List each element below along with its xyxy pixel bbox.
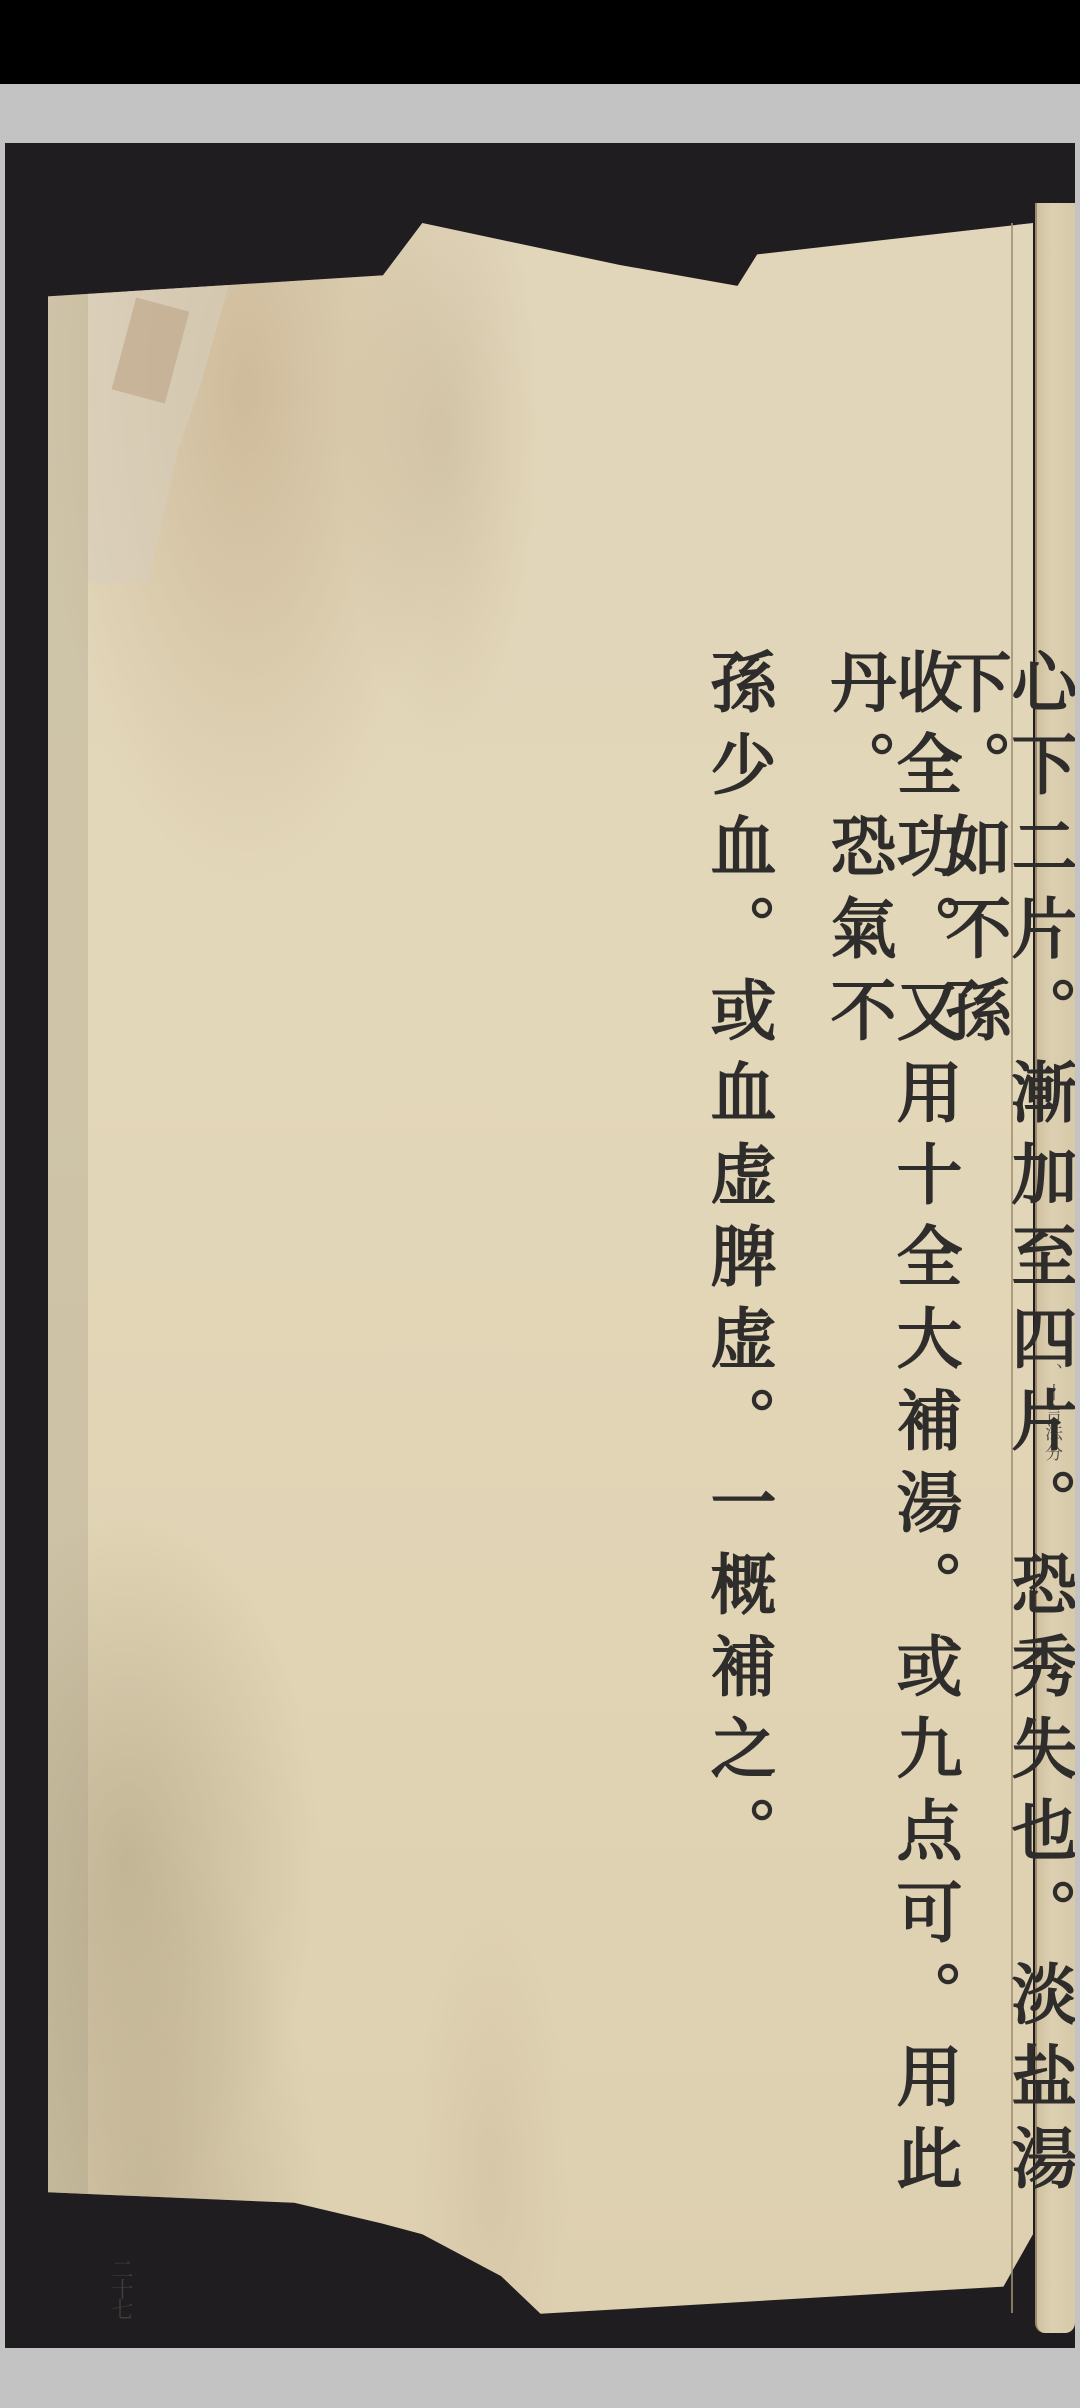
paper-repair-patch	[88, 253, 238, 583]
text-column-3: 孫少血。或血虚脾虚。一概補之。	[705, 648, 771, 1878]
binding-strip	[48, 223, 88, 2318]
manuscript-scan[interactable]: 、丨言法分 心下二片。漸加至四片。恐秀失也。淡盐湯下。如不孫 收全功。又用十全大…	[5, 143, 1075, 2348]
page-number: 二十七	[105, 2258, 136, 2318]
text-column-2: 收全功。又用十全大補湯。或九点可。用此丹。恐氣不	[825, 648, 957, 2348]
status-bar	[0, 0, 1080, 84]
